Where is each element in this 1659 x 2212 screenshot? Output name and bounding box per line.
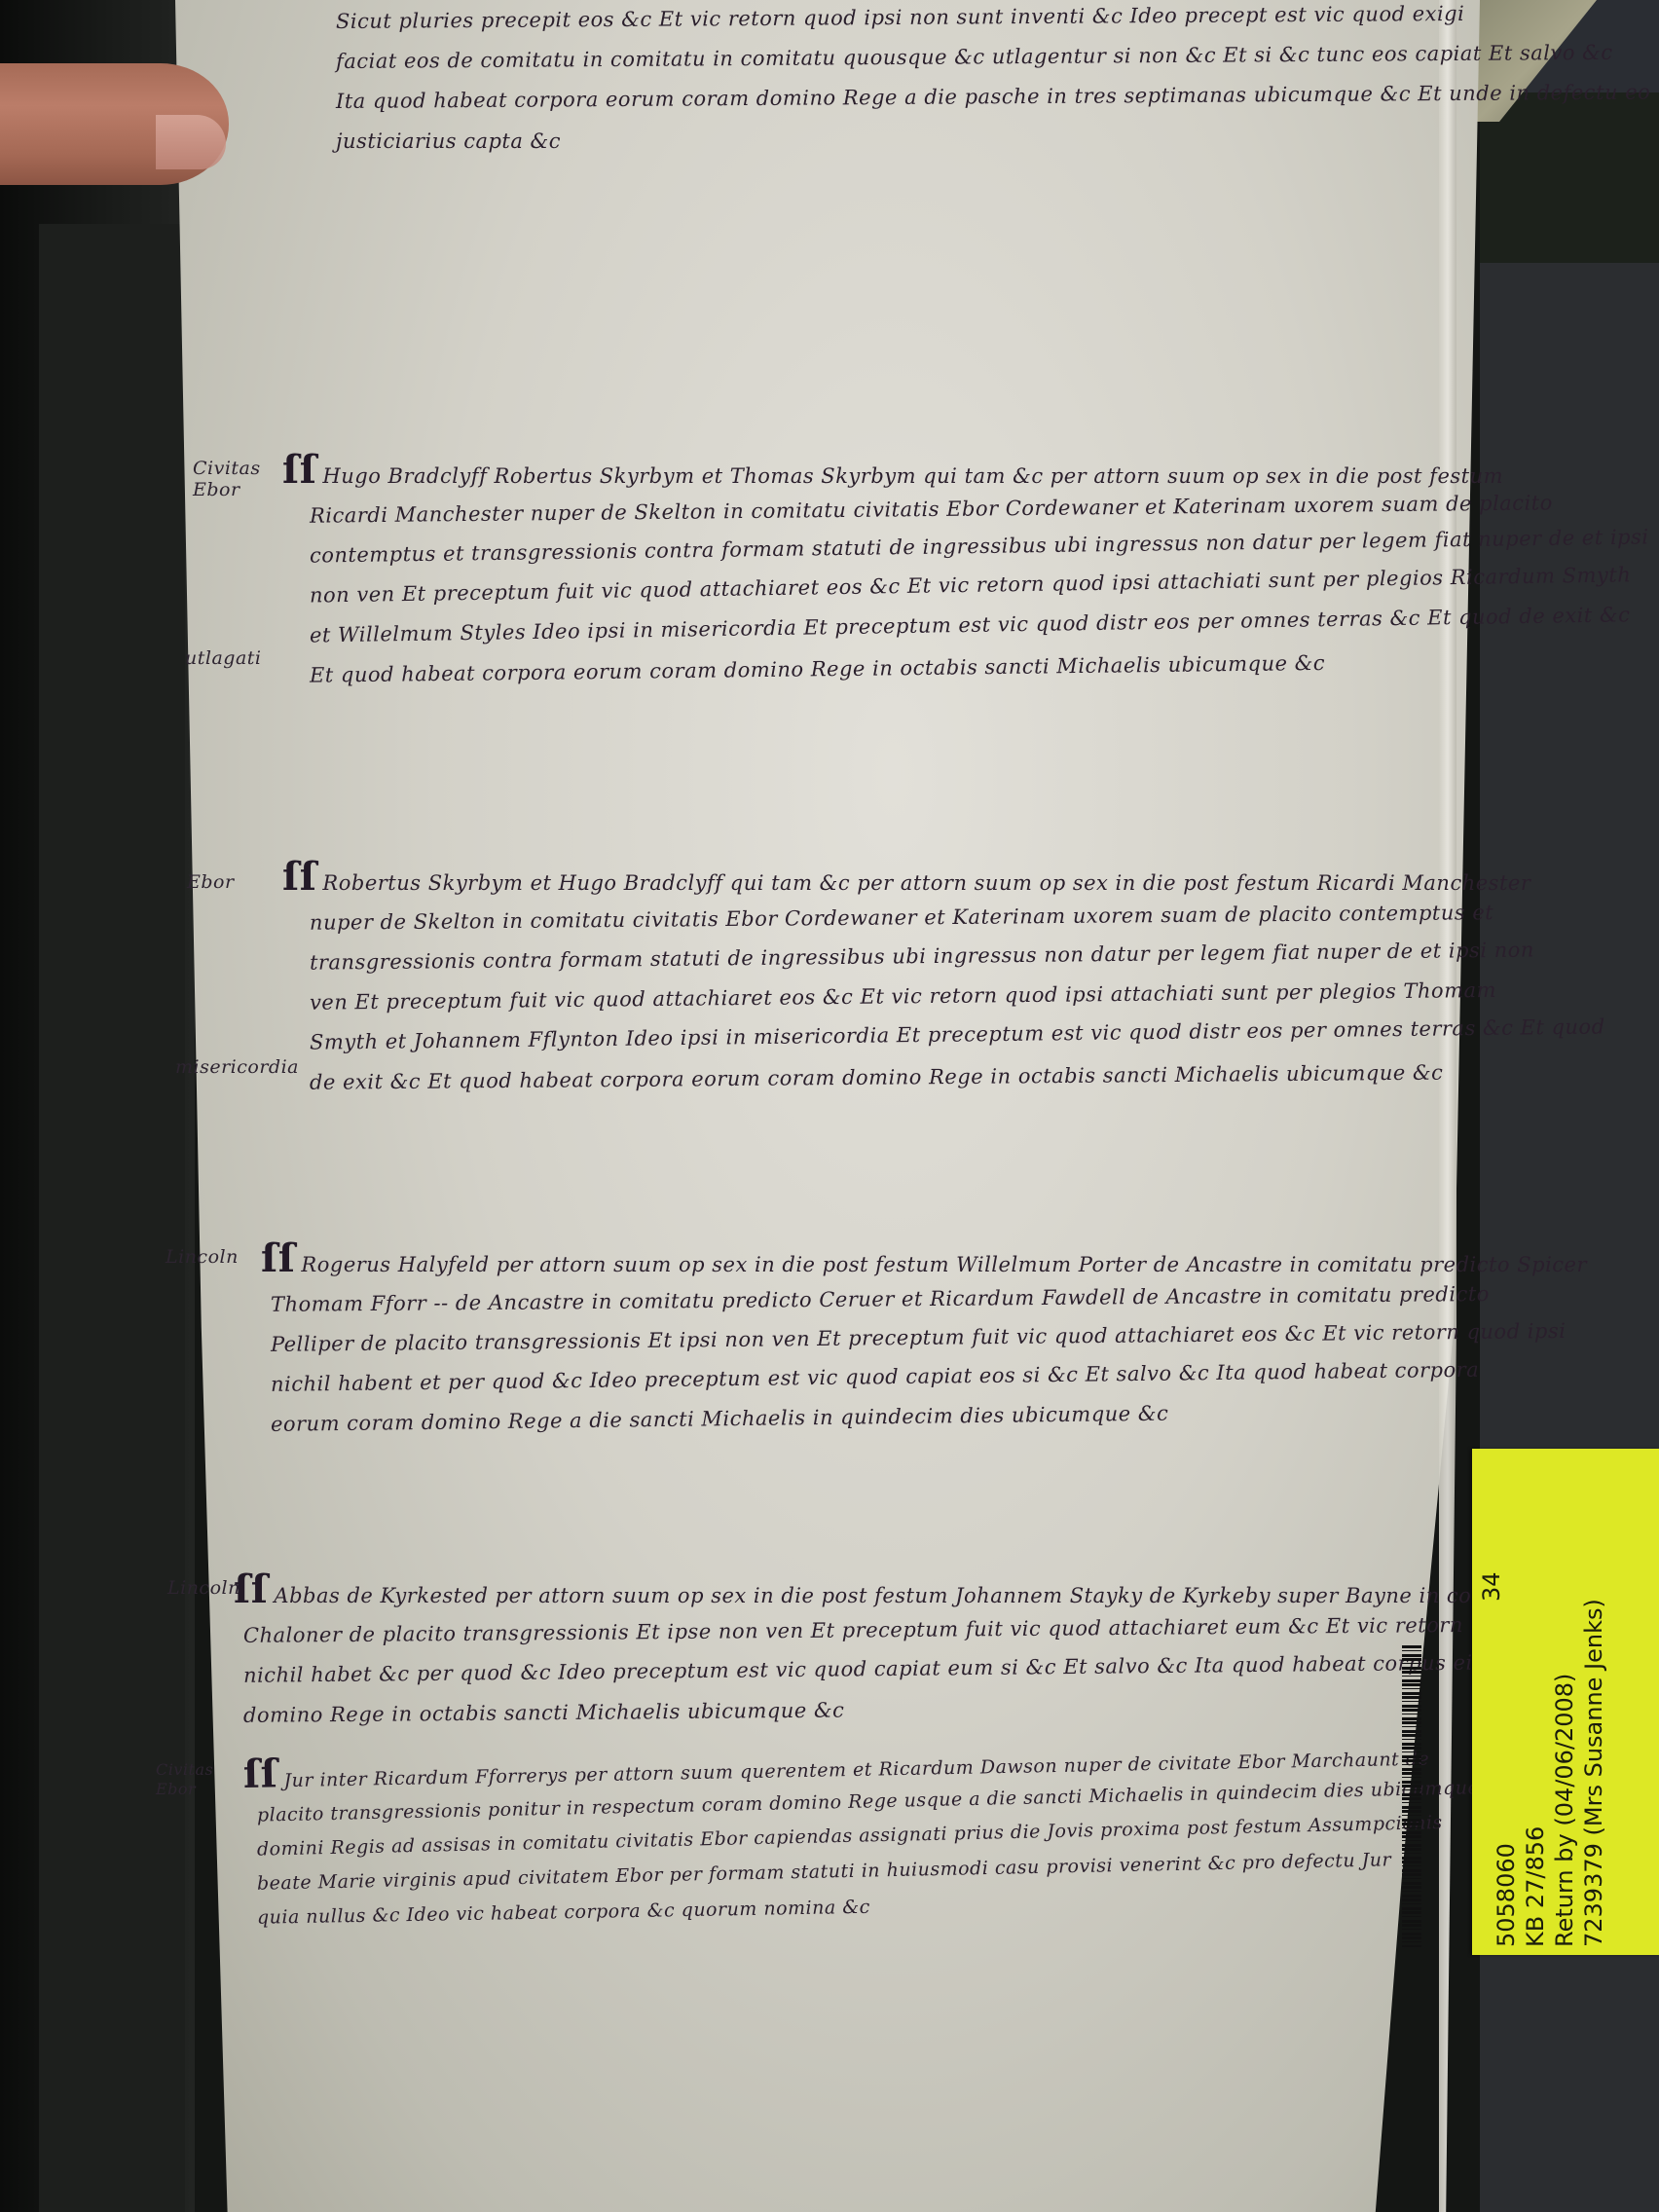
margin-line: Civitas	[156, 1760, 213, 1780]
paragraph-mark-ff: ſſ	[282, 854, 316, 900]
slip-reader: 7239379 (Mrs Susanne Jenks)	[1579, 1599, 1608, 1947]
slip-reference: KB 27/856	[1521, 1599, 1550, 1947]
thumbnail-nail	[156, 115, 226, 169]
slip-page-number: 34	[1478, 1571, 1505, 1602]
paragraph-mark-ff: ſſ	[261, 1235, 295, 1281]
margin-county-note: Lincoln	[166, 1246, 239, 1268]
paragraph-mark-ff: ſſ	[234, 1567, 268, 1612]
top-continuation-text: Sicut pluries precepit eos &c Et vic ret…	[336, 2, 1650, 162]
margin-line: Ebor	[193, 479, 261, 500]
plea-entry-2: ſſRobertus Skyrbym et Hugo Bradclyff qui…	[282, 857, 1605, 1103]
barcode	[1402, 1645, 1421, 1947]
dark-board-left	[39, 224, 185, 2212]
margin-outcome-note: utlagati	[185, 647, 261, 669]
margin-line: Ebor	[156, 1780, 213, 1799]
paragraph-mark-ff: ſſ	[282, 447, 316, 493]
margin-county-note: Lincoln	[167, 1577, 240, 1599]
plea-entry-4: ſſAbbas de Kyrkested per attorn suum op …	[234, 1569, 1640, 1736]
slip-document-id: 5058060	[1492, 1599, 1521, 1947]
margin-county-note: Civitas Ebor	[193, 458, 261, 500]
text-line: Ita quod habeat corpora eorum coram domi…	[336, 73, 1651, 122]
plea-entry-3: ſſRogerus Halyfeld per attorn suum op se…	[261, 1238, 1587, 1445]
margin-outcome-note: misericordia	[175, 1056, 299, 1078]
margin-line: Civitas	[193, 458, 261, 479]
margin-county-note: Civitas Ebor	[156, 1760, 213, 1799]
margin-county-note: Ebor	[187, 871, 235, 893]
slip-return-date: Return by (04/06/2008)	[1550, 1599, 1579, 1947]
paragraph-mark-ff: ſſ	[242, 1751, 277, 1797]
slip-text-block: 5058060 KB 27/856 Return by (04/06/2008)…	[1492, 1599, 1608, 1947]
text-line: justiciarius capta &c	[336, 122, 1650, 162]
plea-entry-1: ſſHugo Bradclyff Robertus Skyrbym et Tho…	[282, 450, 1649, 696]
